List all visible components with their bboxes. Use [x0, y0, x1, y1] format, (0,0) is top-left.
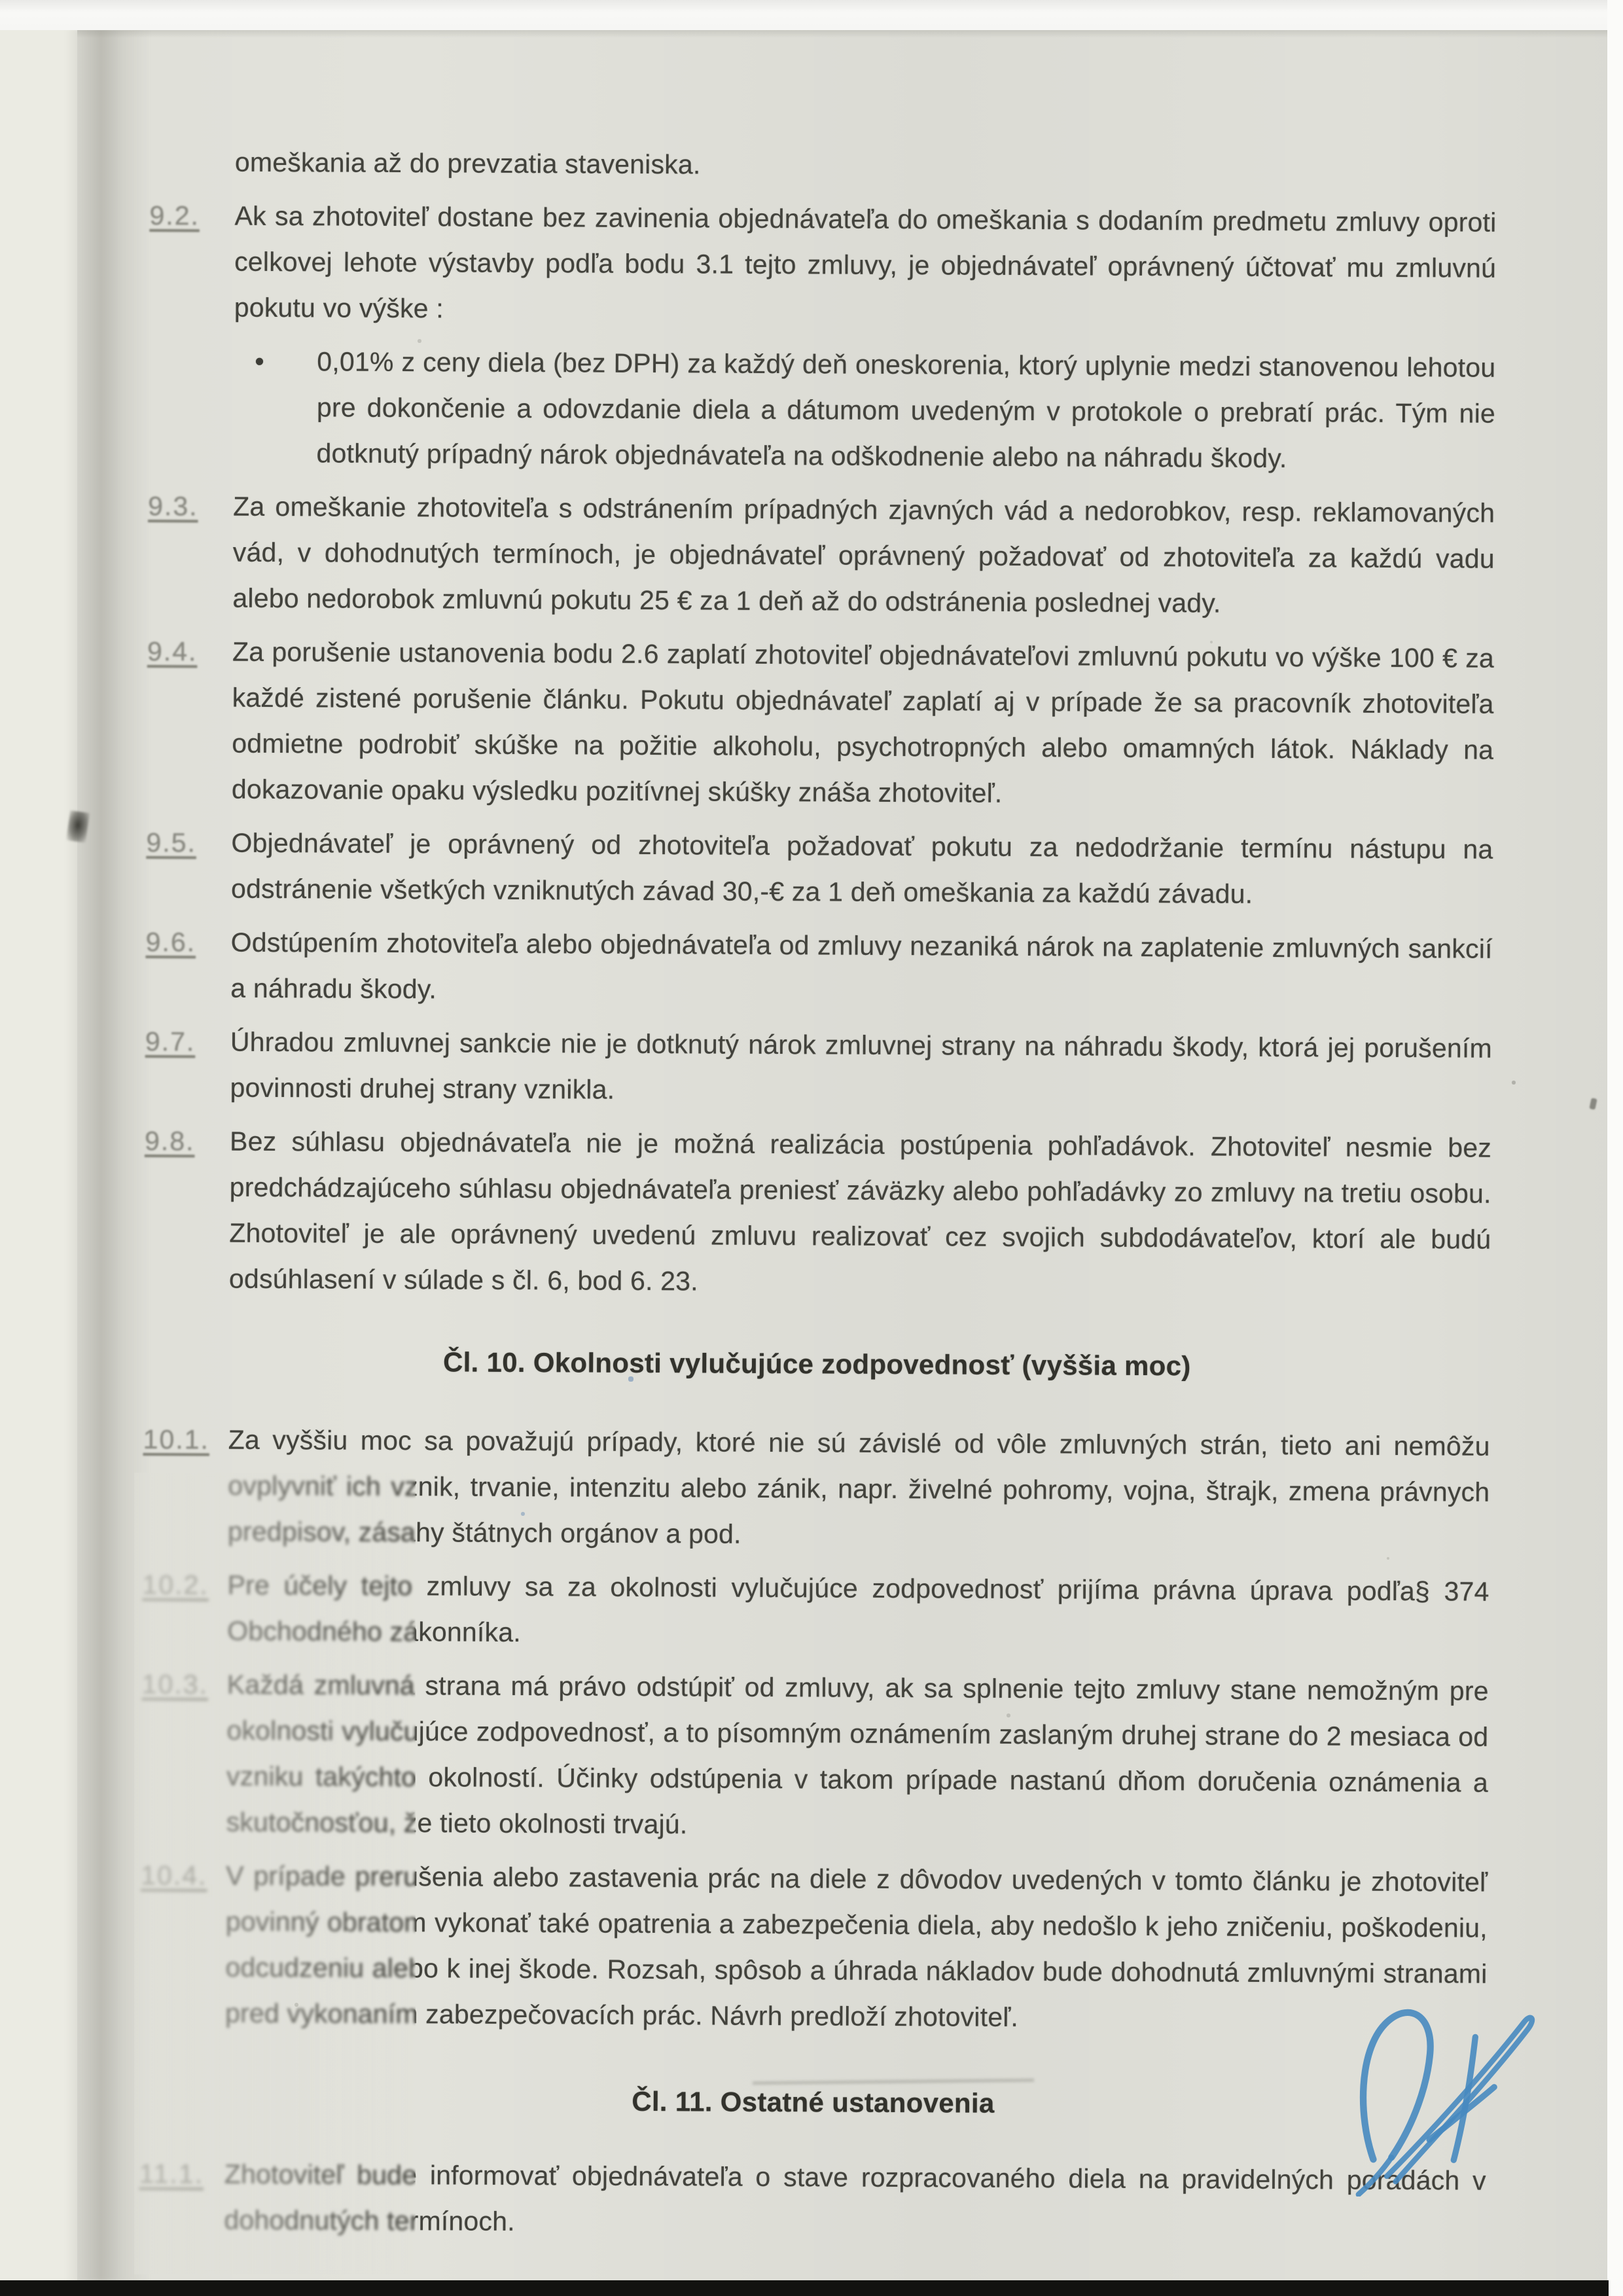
clause-text-9-3: Za omeškanie zhotoviteľa s odstránením p…	[232, 484, 1495, 628]
clause-9-4: 9.4. Za porušenie ustanovenia bodu 2.6 z…	[147, 628, 1494, 819]
ink-blot-mark	[66, 810, 90, 843]
continuation-line: omeškania až do prevzatia staveniska.	[235, 139, 1497, 192]
clause-number-9-2: 9.2.	[149, 192, 235, 331]
clause-9-2: 9.2. Ak sa zhotoviteľ dostane bez zavine…	[149, 192, 1497, 337]
bullet-text-penalty-rate: 0,01% z ceny diela (bez DPH) za každý de…	[316, 338, 1495, 482]
scanner-right-margin	[1607, 0, 1623, 2296]
clause-9-5: 9.5. Objednávateľ je oprávnený od zhotov…	[146, 819, 1493, 918]
signature-ink-strokes	[1349, 1987, 1546, 2197]
bullet-item-penalty-rate: • 0,01% z ceny diela (bez DPH) za každý …	[233, 338, 1495, 482]
clause-9-3: 9.3. Za omeškanie zhotoviteľa s odstráne…	[147, 483, 1495, 628]
clause-text-10-1: Za vyššiu moc sa považujú prípady, ktoré…	[228, 1417, 1490, 1561]
clause-text-9-8: Bez súhlasu objednávateľa nie je možná r…	[229, 1119, 1491, 1308]
scan-left-edge-blur	[134, 1473, 416, 2274]
clause-text-9-7: Úhradou zmluvnej sankcie nie je dotknutý…	[230, 1019, 1492, 1117]
scanner-top-margin	[0, 0, 1623, 30]
scanner-bottom-band	[0, 2280, 1609, 2296]
article-10-heading: Čl. 10. Okolnosti vylučujúce zodpovednos…	[143, 1338, 1490, 1391]
clause-9-6: 9.6. Odstúpením zhotoviteľa alebo objedn…	[145, 919, 1493, 1018]
clause-9-8: 9.8. Bez súhlasu objednávateľa nie je mo…	[144, 1118, 1491, 1308]
bullet-icon: •	[233, 338, 317, 476]
clause-9-7: 9.7. Úhradou zmluvnej sankcie nie je dot…	[145, 1018, 1492, 1117]
clause-text-10-2: Pre účely tejto zmluvy sa za okolnosti v…	[227, 1562, 1489, 1660]
clause-number-9-7: 9.7.	[145, 1018, 230, 1111]
clause-number-9-5: 9.5.	[146, 819, 232, 912]
clause-text-9-4: Za porušenie ustanovenia bodu 2.6 zaplat…	[232, 629, 1494, 819]
clause-number-9-3: 9.3.	[147, 483, 233, 621]
clause-number-9-8: 9.8.	[144, 1118, 230, 1302]
clause-text-9-2: Ak sa zhotoviteľ dostane bez zavinenia o…	[234, 193, 1497, 337]
clause-text-9-5: Objednávateľ je oprávnený od zhotoviteľa…	[231, 820, 1493, 918]
handwritten-signature	[1349, 1987, 1546, 2197]
clause-number-9-6: 9.6.	[145, 919, 231, 1011]
clause-number-9-4: 9.4.	[147, 628, 232, 812]
clause-text-9-6: Odstúpením zhotoviteľa alebo objednávate…	[230, 920, 1493, 1018]
